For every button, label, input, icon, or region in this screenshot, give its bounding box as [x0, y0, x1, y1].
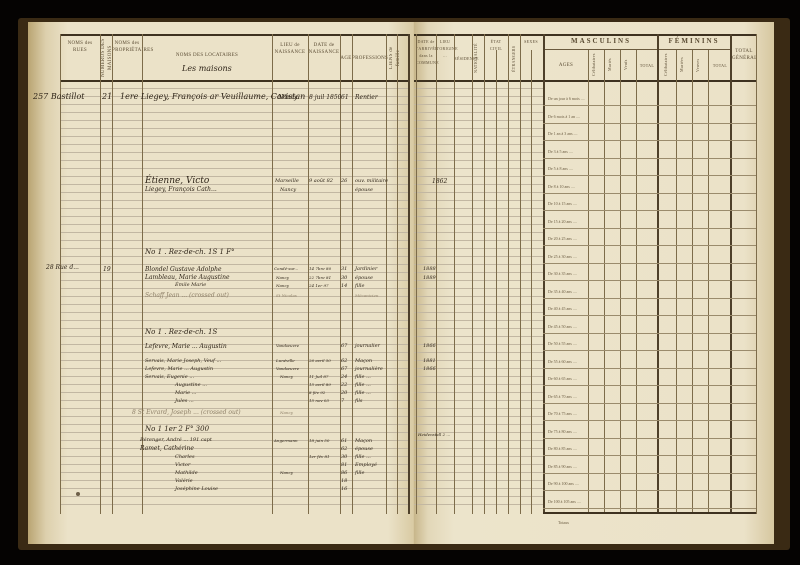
entry-tenant: Ramet, Cathérine	[140, 445, 194, 452]
entry-age: 14	[341, 283, 347, 289]
column-divider	[416, 34, 417, 514]
age-row-rule	[543, 438, 756, 439]
age-row-rule	[543, 315, 756, 316]
entry-birthplace: Nancy	[276, 283, 289, 288]
age-bracket-label: De 3 à 5 ans ....	[548, 149, 573, 154]
entry-birthdate: 8 juil 1850	[309, 94, 341, 101]
ruled-line	[414, 168, 544, 169]
ruled-line	[414, 192, 544, 193]
entry-birthplace: Nancy	[278, 94, 297, 101]
age-row-rule	[543, 350, 756, 351]
entry-age: 61	[341, 438, 347, 444]
ruled-line	[414, 232, 544, 233]
entry-tenant: Charles	[175, 454, 195, 460]
header-age: AGE	[340, 55, 352, 62]
column-divider	[531, 50, 532, 514]
ruled-line	[414, 208, 544, 209]
subheader-f-total: TOTAL	[710, 62, 730, 69]
header-house-numbers: NUMÉROS DES MAISONS	[100, 38, 112, 78]
entry-tenant-crossed: 8 St Evrard, Joseph ... (crossed out)	[132, 409, 241, 416]
entry-profession: fille ...	[355, 390, 371, 396]
age-bracket-label: De 60 à 65 ans ....	[548, 376, 577, 381]
entry-age: 67	[341, 343, 347, 349]
ruled-line	[414, 336, 544, 337]
age-row-rule	[543, 140, 756, 141]
ruled-line	[414, 352, 544, 353]
age-bracket-label: De 5 à 8 ans ....	[548, 166, 573, 171]
entry-birthplace: Nancy	[280, 187, 296, 193]
entry-profession: Mécanicien	[355, 293, 378, 298]
age-row-rule	[543, 263, 756, 264]
column-divider	[397, 34, 398, 514]
column-divider	[520, 34, 521, 514]
age-bracket-label: De 75 à 80 ans ....	[548, 429, 577, 434]
age-bracket-label: De 70 à 75 ans ....	[548, 411, 577, 416]
entry-tenant: Étienne, Victo	[145, 176, 209, 186]
subheader-m-total: TOTAL	[638, 62, 656, 69]
entry-age: 67	[341, 366, 347, 372]
age-bracket-label: De 1 an à 3 ans ....	[548, 131, 578, 136]
ruled-line	[414, 128, 544, 129]
ruled-line	[414, 480, 544, 481]
age-row-rule	[543, 385, 756, 386]
column-divider	[657, 34, 659, 514]
age-row-rule	[543, 193, 756, 194]
column-divider	[352, 34, 353, 514]
entry-tenant: Augustine ...	[175, 382, 207, 388]
header-origin: LIEU d'ORIGINE ...	[436, 38, 454, 59]
header-birthplace: LIEU de NAISSANCE	[272, 42, 308, 56]
column-divider	[508, 34, 509, 514]
entry-birthdate: 11 Juil 87	[309, 374, 328, 379]
ruled-line	[414, 488, 544, 489]
header-annotation: Les maisons	[182, 64, 232, 73]
ruled-line	[414, 264, 544, 265]
entry-tenant: Marie ...	[175, 390, 196, 396]
entry-age: 61	[341, 94, 349, 101]
entry-birthdate: 22 7bre 81	[309, 275, 331, 280]
ruled-line	[414, 216, 544, 217]
entry-tenant-crossed: Schaff Jean ... (crossed out)	[145, 292, 229, 299]
age-bracket-label: De 50 à 55 ans ....	[548, 341, 577, 346]
entry-birthdate: 9 août 82	[309, 178, 333, 184]
entry-house-no: 21	[102, 92, 112, 101]
age-row-rule	[543, 508, 756, 509]
ruled-line	[414, 320, 544, 321]
header-bottom-rule-right	[414, 80, 756, 82]
ruled-line	[414, 496, 544, 497]
subheader-m-widowed: Veufs	[622, 52, 630, 78]
age-bracket-label: De 85 à 90 ans ....	[548, 464, 577, 469]
header-owners: NOMS des PROPRIÉTAIRES	[112, 40, 142, 54]
entry-age: 30	[341, 275, 347, 281]
column-divider	[386, 34, 387, 514]
column-divider	[472, 34, 473, 514]
entry-birthdate: 14 7bre 80	[309, 266, 331, 271]
column-divider	[543, 34, 545, 514]
section-heading: No 1 . Rez-de-ch. 1S	[145, 328, 217, 336]
entry-profession: fille	[355, 283, 365, 289]
ruled-line	[414, 96, 544, 97]
ruled-line	[414, 400, 544, 401]
ruled-line	[414, 448, 544, 449]
entry-birthplace: St Nicolas	[276, 293, 297, 298]
age-bracket-label: De 30 à 35 ans ....	[548, 271, 577, 276]
entry-age: 62	[341, 446, 347, 452]
entry-tenant: Liegey, François Cath...	[145, 186, 217, 193]
header-sexes: SEXES	[520, 38, 542, 45]
entry-profession: fille ...	[355, 374, 371, 380]
column-divider	[604, 50, 605, 514]
entry-street: 28 Rue d...	[46, 264, 79, 271]
column-divider	[436, 34, 437, 514]
ruled-line	[414, 504, 544, 505]
entry-ref: 1866	[423, 366, 436, 372]
column-divider	[730, 34, 732, 514]
header-arrival-date: DATE de l'ARRIVÉE dans la COMMUNE	[416, 38, 436, 66]
entry-tenant: Jules ...	[175, 398, 194, 404]
age-bracket-label: De 90 à 100 ans ....	[548, 481, 579, 486]
ruled-line	[414, 472, 544, 473]
ruled-line	[414, 272, 544, 273]
subheader-ages: AGES	[546, 62, 586, 69]
entry-tenant: Émile Marie	[175, 282, 206, 288]
entry-birthplace: Nancy	[280, 374, 293, 379]
entry-profession: épouse	[355, 275, 373, 281]
ruled-line	[414, 240, 544, 241]
entry-birthdate: 15 avril 89	[309, 382, 331, 387]
ruled-line	[414, 256, 544, 257]
entry-birthplace: Marseille	[275, 178, 299, 184]
ruled-line	[414, 296, 544, 297]
header-professions: PROFESSIONS	[352, 55, 386, 62]
age-row-rule	[543, 490, 756, 491]
ruled-line	[414, 160, 544, 161]
subheader-f-single: Célibataires	[662, 52, 670, 78]
entry-age: 86	[341, 470, 347, 476]
column-divider	[620, 50, 621, 514]
entry-ref: 1889	[423, 275, 436, 281]
header-mid-rule	[544, 49, 730, 50]
entry-profession: épouse	[355, 187, 373, 193]
column-divider	[676, 50, 677, 514]
age-bracket-label: De 8 à 10 ans ....	[548, 184, 575, 189]
ruled-line	[414, 288, 544, 289]
ruled-line	[414, 456, 544, 457]
entry-birthplace: Lunéville	[276, 358, 295, 363]
entry-tenant: Lefevre, Marie ... Augustin	[145, 366, 213, 372]
age-row-rule	[543, 175, 756, 176]
header-total-general: TOTAL GÉNÉRAL	[732, 48, 756, 62]
section-heading: No 1 1er 2 F° 300	[145, 425, 209, 433]
entry-ref: 1881	[423, 358, 436, 364]
age-bracket-label: De 10 à 15 ans ....	[548, 201, 577, 206]
ruled-line	[414, 304, 544, 305]
age-row-rule	[543, 245, 756, 246]
age-bracket-label: De 80 à 85 ans ....	[548, 446, 577, 451]
entry-age: 16	[341, 486, 347, 492]
column-divider	[588, 50, 589, 514]
ruled-line	[414, 120, 544, 121]
header-tenants: NOMS DES LOCATAIRES	[142, 52, 272, 59]
header-top-rule-right	[414, 34, 756, 36]
entry-birthdate: 1er fév 81	[309, 454, 330, 459]
entry-tenant: Servais, Eugenie ...	[145, 374, 194, 380]
entry-profession: fille ...	[355, 382, 371, 388]
entry-tenant: Mathilde	[175, 470, 198, 476]
ruled-line	[414, 152, 544, 153]
ruled-line	[414, 136, 544, 137]
ruled-line	[414, 408, 544, 409]
ruled-line	[414, 104, 544, 105]
entry-birthplace: Vandœuvre	[276, 366, 299, 371]
entry-tenant: Valérie	[175, 478, 193, 484]
age-bracket-label: De 25 à 30 ans ....	[548, 254, 577, 259]
entry-age: 31	[341, 266, 347, 272]
entry-age: 26	[341, 178, 347, 184]
age-row-rule	[543, 333, 756, 334]
column-divider	[708, 50, 709, 514]
age-row-rule	[543, 455, 756, 456]
ruled-line	[414, 416, 544, 417]
entry-age: 22	[341, 382, 347, 388]
subheader-m-single: Célibataires	[590, 52, 598, 78]
entry-profession: fille ...	[355, 454, 371, 460]
age-row-rule	[543, 228, 756, 229]
binding-hole-icon	[76, 492, 80, 496]
age-bracket-label: De 55 à 60 ans ....	[548, 359, 577, 364]
ruled-line	[414, 200, 544, 201]
age-row-rule	[543, 105, 756, 106]
column-divider	[636, 50, 637, 514]
subheader-m-married: Mariés	[606, 52, 614, 78]
entry-tenant: Bérenger, André ... 191 capt	[140, 437, 212, 443]
header-residence: RÉSIDENCE	[454, 55, 472, 62]
ruled-line	[414, 248, 544, 249]
ruled-line	[414, 112, 544, 113]
entry-birthplace: Angermann	[274, 438, 298, 443]
entry-profession: journalière	[355, 366, 383, 372]
age-row-rule	[543, 403, 756, 404]
page-gutter	[408, 34, 410, 514]
age-bracket-label: De 35 à 40 ans ....	[548, 289, 577, 294]
age-bracket-label: De 6 mois à 1 an ....	[548, 114, 580, 119]
entry-ref: 1862	[432, 178, 447, 185]
header-feminins: FÉMININS	[658, 38, 730, 45]
ruled-line	[414, 376, 544, 377]
totals-rule	[543, 512, 756, 514]
entry-age: 7	[341, 398, 344, 404]
entry-birthplace: Nancy	[276, 275, 289, 280]
entry-age: 81	[341, 462, 347, 468]
header-birthdate: DATE de NAISSANCE	[308, 42, 340, 56]
ruled-line	[414, 424, 544, 425]
age-bracket-label: De 65 à 70 ans ....	[548, 394, 577, 399]
ruled-line	[414, 144, 544, 145]
entry-ref: Heidenstall 2 ...	[418, 432, 450, 437]
age-row-rule	[543, 473, 756, 474]
entry-ref: 1866	[423, 343, 436, 349]
entry-profession: Maçon	[355, 358, 372, 364]
age-row-rule	[543, 368, 756, 369]
ruled-line	[414, 224, 544, 225]
column-divider	[454, 34, 455, 514]
ruled-line	[414, 176, 544, 177]
entry-tenant: Servais, Marie Joseph, Veuf ...	[145, 358, 221, 364]
ruled-line	[414, 392, 544, 393]
entry-tenant: Lambleau, Marie Augustine	[145, 274, 230, 281]
entry-age: 20	[341, 390, 347, 396]
age-bracket-label: De 20 à 25 ans ....	[548, 236, 577, 241]
column-divider	[272, 34, 273, 514]
age-row-rule	[543, 123, 756, 124]
entry-tenant: Blondel Gustave Adolphe	[145, 266, 222, 273]
column-divider	[484, 34, 485, 514]
age-row-rule	[543, 280, 756, 281]
age-bracket-label: De 45 à 50 ans ....	[548, 324, 577, 329]
entry-ref: 1888	[423, 266, 436, 272]
entry-birthdate: 18 juin 50	[309, 438, 329, 443]
entry-age: 62	[341, 358, 347, 364]
subheader-f-widowed: Veuves	[694, 52, 702, 78]
column-divider	[496, 50, 497, 514]
entry-age: 24	[341, 374, 347, 380]
entry-profession: fils	[355, 398, 363, 404]
entry-birthplace: Condé-sur...	[274, 266, 298, 271]
entry-tenant: Lefevre, Marie ... Augustin	[145, 343, 227, 350]
ruled-line	[414, 328, 544, 329]
entry-profession: Jardinier	[355, 266, 377, 272]
header-masculins: MASCULINS	[546, 38, 656, 45]
entry-birthdate: 24 1er 97	[309, 283, 329, 288]
column-divider	[60, 34, 61, 514]
entry-profession: épouse	[355, 446, 373, 452]
ruled-line	[414, 464, 544, 465]
entry-birthplace: Vandœuvre	[276, 343, 299, 348]
entry-profession: fille	[355, 470, 365, 476]
entry-profession: journalier	[355, 343, 380, 349]
entry-birthdate: 8 fév 92	[309, 390, 325, 395]
entry-profession: Rentier	[355, 94, 378, 101]
ruled-line	[414, 384, 544, 385]
column-divider	[100, 34, 101, 514]
age-row-rule	[543, 210, 756, 211]
age-row-rule	[543, 420, 756, 421]
entry-birthdate: 26 avril 50	[309, 358, 331, 363]
entry-profession: Employé	[355, 462, 377, 468]
ruled-line	[414, 88, 544, 89]
entry-tenant: Victor	[175, 462, 190, 468]
header-street-names: NOMS des RUES	[60, 40, 100, 54]
header-foreigners: ÉTRANGERS	[510, 40, 518, 78]
entry-age: 18	[341, 478, 347, 484]
age-row-rule	[543, 298, 756, 299]
ruled-line	[414, 440, 544, 441]
entry-tenant: Joséphine Louise	[175, 486, 218, 492]
right-page	[414, 22, 774, 544]
entry-profession: Maçon	[355, 438, 372, 444]
ruled-line	[414, 312, 544, 313]
section-heading: No 1 . Rez-de-ch. 1S 1 F°	[145, 248, 235, 256]
column-divider	[112, 34, 113, 514]
entry-street: 257 Bastillot	[33, 92, 85, 101]
header-nationality: NATIONALITÉ	[472, 38, 480, 78]
age-bracket-label: De 15 à 20 ans ....	[548, 219, 577, 224]
entry-profession: ouv. militaire	[355, 178, 388, 184]
entry-age: 30	[341, 454, 347, 460]
subheader-f-married: Mariées	[678, 52, 686, 78]
entry-house-no: 19	[103, 266, 111, 273]
entry-birthplace: Nancy	[280, 470, 293, 475]
age-row-rule	[543, 158, 756, 159]
column-divider	[692, 50, 693, 514]
totals-label: Totaux	[558, 520, 569, 525]
column-divider	[756, 34, 757, 514]
age-bracket-label: De un jour à 6 mois ....	[548, 96, 585, 101]
entry-birthdate: 15 nov 03	[309, 398, 329, 403]
age-bracket-label: De 100 à 105 ans ....	[548, 499, 581, 504]
entry-birthplace: Nancy	[280, 410, 293, 415]
age-bracket-label: De 40 à 45 ans ....	[548, 306, 577, 311]
